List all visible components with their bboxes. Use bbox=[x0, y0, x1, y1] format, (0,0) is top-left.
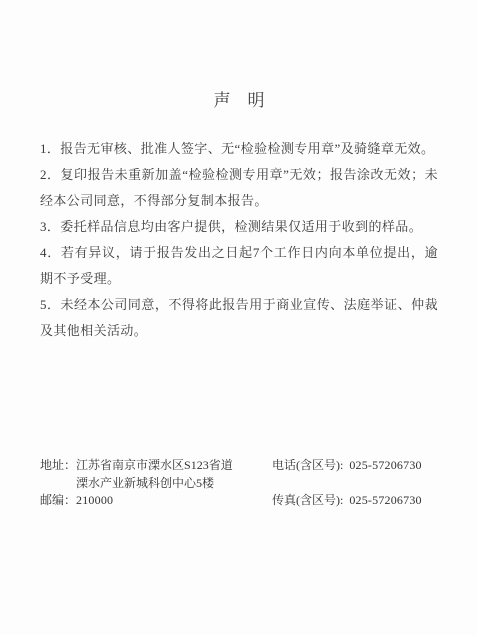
statement-item-5: 5．未经本公司同意，不得将此报告用于商业宣传、法庭举证、仲裁及其他相关活动。 bbox=[40, 292, 438, 344]
phone-value: 025-57206730 bbox=[349, 457, 421, 475]
statement-list: 1．报告无审核、批准人签字、无“检验检测专用章”及骑缝章无效。 2．复印报告未重… bbox=[40, 136, 438, 344]
address-label: 地址： bbox=[40, 457, 76, 475]
phone-row: 电话(含区号): 025-57206730 bbox=[272, 457, 438, 475]
fax-row: 传真(含区号): 025-57206730 bbox=[272, 492, 438, 510]
phone-fax-block: 电话(含区号): 025-57206730 传真(含区号): 025-57206… bbox=[272, 457, 438, 510]
statement-page: 声 明 1．报告无审核、批准人签字、无“检验检测专用章”及骑缝章无效。 2．复印… bbox=[0, 0, 477, 635]
postcode-label: 邮编： bbox=[40, 492, 76, 510]
postcode-row: 邮编： 210000 bbox=[40, 492, 272, 510]
statement-item-1: 1．报告无审核、批准人签字、无“检验检测专用章”及骑缝章无效。 bbox=[40, 136, 438, 162]
fax-value: 025-57206730 bbox=[349, 492, 421, 510]
address-line-2: 溧水产业新城科创中心5楼 bbox=[76, 475, 233, 493]
address-row: 地址： 江苏省南京市溧水区S123省道 溧水产业新城科创中心5楼 bbox=[40, 457, 272, 492]
postcode-value: 210000 bbox=[76, 492, 113, 510]
phone-label: 电话(含区号): bbox=[272, 457, 343, 475]
statement-item-3: 3．委托样品信息均由客户提供，检测结果仅适用于收到的样品。 bbox=[40, 214, 438, 240]
address-value: 江苏省南京市溧水区S123省道 溧水产业新城科创中心5楼 bbox=[76, 457, 233, 492]
fax-label: 传真(含区号): bbox=[272, 492, 343, 510]
address-block: 地址： 江苏省南京市溧水区S123省道 溧水产业新城科创中心5楼 邮编： 210… bbox=[40, 457, 272, 510]
page-title: 声 明 bbox=[40, 86, 438, 111]
statement-item-4: 4．若有异议，请于报告发出之日起7个工作日内向本单位提出，逾期不予受理。 bbox=[40, 240, 438, 292]
address-line-1: 江苏省南京市溧水区S123省道 bbox=[76, 457, 233, 475]
statement-item-2: 2．复印报告未重新加盖“检验检测专用章”无效；报告涂改无效；未经本公司同意，不得… bbox=[40, 162, 438, 214]
contact-footer: 地址： 江苏省南京市溧水区S123省道 溧水产业新城科创中心5楼 邮编： 210… bbox=[40, 457, 438, 510]
